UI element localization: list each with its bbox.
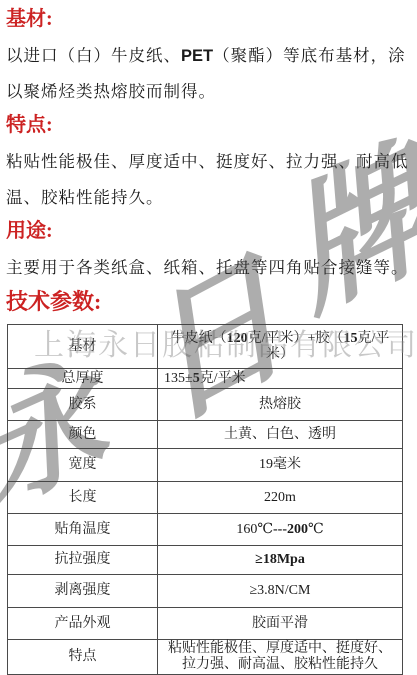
text-run: 牛皮纸（: [171, 331, 227, 346]
text-run: 15: [343, 331, 357, 346]
spec-label-cell: 剥离强度: [8, 575, 158, 608]
text-run: 主要用于各类纸盒、纸箱、托盘等四角贴合接缝等。: [6, 258, 409, 277]
spec-value-cell: 160℃---200℃: [158, 514, 403, 546]
spec-label-cell: 基材: [8, 325, 158, 369]
text-run: 120: [227, 331, 248, 346]
table-row: 颜色土黄、白色、透明: [8, 421, 403, 449]
text-run: 克/平米: [200, 371, 246, 386]
text-run: 220m: [264, 490, 296, 505]
spec-label-cell: 特点: [8, 640, 158, 675]
text-run: ---200: [273, 522, 308, 537]
text-run: 粘贴性能极佳、厚度适中、挺度好、拉力强、耐高温、胶粘性能持久: [168, 641, 392, 672]
table-row: 宽度19毫米: [8, 449, 403, 482]
spec-label-cell: 长度: [8, 482, 158, 514]
section-heading-features: 特点:: [6, 112, 409, 138]
spec-label-cell: 胶系: [8, 389, 158, 421]
text-run: 135±: [164, 371, 193, 386]
section-heading-base-material: 基材:: [6, 6, 409, 32]
text-run: 以进口（白）牛皮纸、: [6, 46, 181, 65]
spec-label-cell: 产品外观: [8, 608, 158, 640]
spec-value-cell: 牛皮纸（120克/平米）+胶（15克/平米）: [158, 325, 403, 369]
text-run: ≥3.8N/CM: [250, 583, 311, 598]
section-heading-uses: 用途:: [6, 218, 409, 244]
spec-label-cell: 抗拉强度: [8, 546, 158, 575]
spec-label-cell: 总厚度: [8, 369, 158, 389]
spec-value-cell: ≥3.8N/CM: [158, 575, 403, 608]
text-run: 19毫米: [259, 457, 301, 472]
table-row: 基材牛皮纸（120克/平米）+胶（15克/平米）: [8, 325, 403, 369]
text-run: ≥18Mpa: [255, 552, 305, 567]
table-row: 产品外观胶面平滑: [8, 608, 403, 640]
spec-label-cell: 宽度: [8, 449, 158, 482]
spec-value-cell: 19毫米: [158, 449, 403, 482]
table-row: 特点粘贴性能极佳、厚度适中、挺度好、拉力强、耐高温、胶粘性能持久: [8, 640, 403, 675]
spec-value-cell: 土黄、白色、透明: [158, 421, 403, 449]
product-spec-sheet: 基材: 以进口（白）牛皮纸、PET（聚酯）等底布基材，涂以聚烯烃类热熔胶而制得。…: [0, 0, 417, 675]
text-run: 热熔胶: [259, 397, 301, 412]
spec-value-cell: ≥18Mpa: [158, 546, 403, 575]
text-run: 土黄、白色、透明: [224, 427, 336, 442]
spec-table: 基材牛皮纸（120克/平米）+胶（15克/平米）总厚度135±5克/平米胶系热熔…: [7, 324, 403, 675]
spec-value-cell: 220m: [158, 482, 403, 514]
document-content: 基材: 以进口（白）牛皮纸、PET（聚酯）等底布基材，涂以聚烯烃类热熔胶而制得。…: [0, 0, 417, 675]
text-run: PET: [181, 47, 213, 65]
table-row: 剥离强度≥3.8N/CM: [8, 575, 403, 608]
spec-table-body: 基材牛皮纸（120克/平米）+胶（15克/平米）总厚度135±5克/平米胶系热熔…: [8, 325, 403, 675]
table-row: 抗拉强度≥18Mpa: [8, 546, 403, 575]
text-run: 克/平米）+胶（: [248, 331, 344, 346]
spec-value-cell: 135±5克/平米: [158, 369, 403, 389]
text-run: 粘贴性能极佳、厚度适中、挺度好、拉力强、耐高低温、胶粘性能持久。: [6, 152, 409, 207]
spec-value-cell: 热熔胶: [158, 389, 403, 421]
base-material-paragraph: 以进口（白）牛皮纸、PET（聚酯）等底布基材，涂以聚烯烃类热熔胶而制得。: [6, 38, 409, 110]
table-row: 贴角温度160℃---200℃: [8, 514, 403, 546]
text-run: ℃: [308, 522, 324, 537]
spec-value-cell: 粘贴性能极佳、厚度适中、挺度好、拉力强、耐高温、胶粘性能持久: [158, 640, 403, 675]
features-paragraph: 粘贴性能极佳、厚度适中、挺度好、拉力强、耐高低温、胶粘性能持久。: [6, 144, 409, 216]
text-run: 160℃: [236, 522, 273, 537]
table-row: 胶系热熔胶: [8, 389, 403, 421]
spec-value-cell: 胶面平滑: [158, 608, 403, 640]
text-run: 5: [193, 371, 200, 386]
table-row: 总厚度135±5克/平米: [8, 369, 403, 389]
spec-label-cell: 贴角温度: [8, 514, 158, 546]
spec-label-cell: 颜色: [8, 421, 158, 449]
table-row: 长度220m: [8, 482, 403, 514]
section-heading-tech-params: 技术参数:: [6, 288, 409, 316]
uses-paragraph: 主要用于各类纸盒、纸箱、托盘等四角贴合接缝等。: [6, 250, 409, 286]
text-run: 胶面平滑: [252, 616, 308, 631]
